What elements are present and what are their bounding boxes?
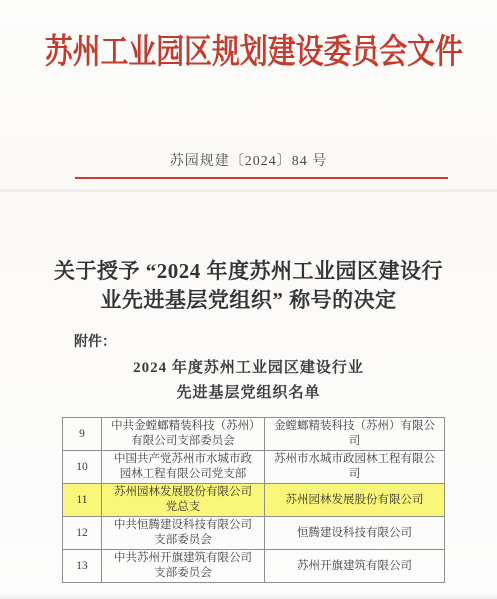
org-list-table: 9 中共金螳螂精装科技（苏州）有限公司支部委员会 金螳螂精装科技（苏州）有限公司… (62, 417, 445, 583)
company-cell: 恒腾建设科技有限公司 (265, 517, 445, 550)
party-org-cell: 中共金螳螂精装科技（苏州）有限公司支部委员会 (102, 418, 265, 451)
list-title-line1: 2024 年度苏州工业园区建设行业 (0, 356, 497, 381)
decision-title: 关于授予 “2024 年度苏州工业园区建设行 业先进基层党组织” 称号的决定 (0, 257, 497, 315)
company-cell: 苏州开旗建筑有限公司 (265, 550, 445, 583)
company-cell: 苏州市水城市政园林工程有限公司 (265, 451, 445, 484)
org-table-body: 9 中共金螳螂精装科技（苏州）有限公司支部委员会 金螳螂精装科技（苏州）有限公司… (63, 418, 445, 583)
attachment-list-title: 2024 年度苏州工业园区建设行业 先进基层党组织名单 (0, 356, 497, 406)
party-org-cell: 中国共产党苏州市水城市政园林工程有限公司党支部 (102, 451, 265, 484)
document-page: 苏州工业园区规划建设委员会文件 苏园规建〔2024〕84 号 关于授予 “202… (0, 0, 497, 599)
company-cell: 苏州园林发展股份有限公司 (265, 484, 445, 517)
red-divider-line (75, 177, 448, 179)
scan-seam-line (0, 189, 497, 193)
row-number-cell: 12 (63, 517, 102, 550)
decision-title-line2: 业先进基层党组织” 称号的决定 (0, 286, 497, 315)
decision-title-line1: 关于授予 “2024 年度苏州工业园区建设行 (0, 257, 497, 286)
party-org-cell: 中共恒腾建设科技有限公司支部委员会 (102, 517, 265, 550)
table-row: 13 中共苏州开旗建筑有限公司支部委员会 苏州开旗建筑有限公司 (63, 550, 445, 583)
table-row: 12 中共恒腾建设科技有限公司支部委员会 恒腾建设科技有限公司 (63, 517, 445, 550)
company-cell: 金螳螂精装科技（苏州）有限公司 (265, 418, 445, 451)
row-number-cell: 10 (63, 451, 102, 484)
party-org-cell: 中共苏州开旗建筑有限公司支部委员会 (102, 550, 265, 583)
row-number-cell: 9 (63, 418, 102, 451)
scan-bottom-edge (0, 593, 497, 599)
issuing-authority-header: 苏州工业园区规划建设委员会文件 (45, 24, 453, 73)
row-number-cell: 11 (63, 484, 102, 517)
table-row: 10 中国共产党苏州市水城市政园林工程有限公司党支部 苏州市水城市政园林工程有限… (63, 451, 445, 484)
table-row: 9 中共金螳螂精装科技（苏州）有限公司支部委员会 金螳螂精装科技（苏州）有限公司 (63, 418, 445, 451)
document-number: 苏园规建〔2024〕84 号 (0, 150, 497, 170)
attachment-label: 附件： (74, 331, 116, 351)
table-row: 11 苏州园林发展股份有限公司党总支 苏州园林发展股份有限公司 (63, 484, 445, 517)
row-number-cell: 13 (63, 550, 102, 583)
party-org-cell: 苏州园林发展股份有限公司党总支 (102, 484, 265, 517)
list-title-line2: 先进基层党组织名单 (0, 381, 497, 406)
